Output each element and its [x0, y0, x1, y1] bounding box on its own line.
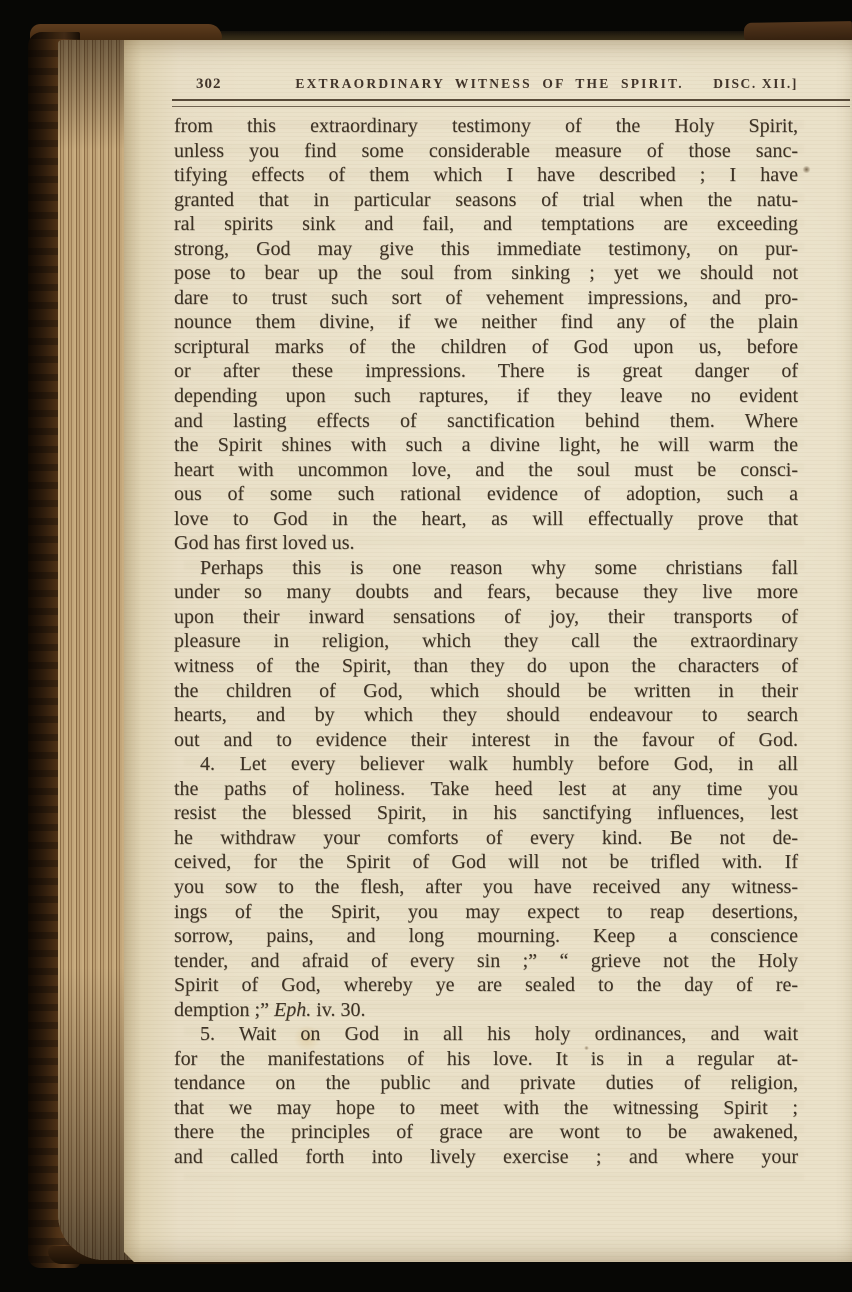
text-line: dare to trust such sort of vehement impr…	[174, 286, 798, 311]
scripture-citation: Eph.	[274, 999, 311, 1021]
text-segment: demption ;”	[174, 999, 274, 1021]
text-segment: Perhaps this is one reason why some chri…	[200, 557, 798, 579]
text-segment: and called forth into lively exercise ; …	[174, 1146, 798, 1168]
text-line: under so many doubts and fears, because …	[174, 580, 798, 605]
text-line: you sow to the flesh, after you have rec…	[174, 875, 798, 900]
text-line: ings of the Spirit, you may expect to re…	[174, 900, 798, 925]
text-segment: for the manifestations of his love. It i…	[174, 1048, 798, 1070]
text-segment: hearts, and by which they should endeavo…	[174, 704, 798, 726]
text-segment: sorrow, pains, and long mourning. Keep a…	[174, 925, 798, 947]
text-segment: under so many doubts and fears, because …	[174, 581, 798, 603]
text-line: ceived, for the Spirit of God will not b…	[174, 850, 798, 875]
text-segment: God has first loved us.	[174, 532, 355, 554]
text-line: tendance on the public and private dutie…	[174, 1071, 798, 1096]
text-line: from this extraordinary testimony of the…	[174, 114, 798, 139]
text-line: Spirit of God, whereby ye are sealed to …	[174, 973, 798, 998]
text-segment: tifying effects of them which I have des…	[174, 164, 798, 186]
text-segment: nounce them divine, if we neither find a…	[174, 311, 798, 333]
text-line: the children of God, which should be wri…	[174, 679, 798, 704]
text-line: resist the blessed Spirit, in his sancti…	[174, 801, 798, 826]
text-segment: depending upon such raptures, if they le…	[174, 385, 798, 407]
text-line: strong, God may give this immediate test…	[174, 237, 798, 262]
text-line: and lasting effects of sanctification be…	[174, 409, 798, 434]
text-line: tender, and afraid of every sin ;” “ gri…	[174, 949, 798, 974]
header-rule	[172, 99, 850, 107]
text-segment: resist the blessed Spirit, in his sancti…	[174, 802, 798, 824]
text-segment: that we may hope to meet with the witnes…	[174, 1097, 798, 1119]
section-label: DISC. XII.]	[713, 76, 798, 92]
text-line: nounce them divine, if we neither find a…	[174, 310, 798, 335]
page-number: 302	[174, 76, 266, 93]
text-line: ous of some such rational evidence of ad…	[174, 482, 798, 507]
text-line: 4. Let every believer walk humbly before…	[174, 752, 798, 777]
text-segment: granted that in particular seasons of tr…	[174, 189, 798, 211]
text-line: scriptural marks of the children of God …	[174, 335, 798, 360]
book-photo: 302 EXTRAORDINARY WITNESS OF THE SPIRIT.…	[0, 0, 852, 1292]
text-line: sorrow, pains, and long mourning. Keep a…	[174, 924, 798, 949]
text-line: the Spirit shines with such a divine lig…	[174, 433, 798, 458]
text-segment: heart with uncommon love, and the soul m…	[174, 459, 798, 481]
text-segment: pose to bear up the soul from sinking ; …	[174, 262, 798, 284]
text-segment: scriptural marks of the children of God …	[174, 336, 798, 358]
page-header: 302 EXTRAORDINARY WITNESS OF THE SPIRIT.…	[174, 76, 798, 93]
text-segment: there the principles of grace are wont t…	[174, 1121, 798, 1143]
text-line: love to God in the heart, as will effect…	[174, 507, 798, 532]
text-segment: 5. Wait on God in all his holy ordinance…	[200, 1023, 798, 1045]
text-line: hearts, and by which they should endeavo…	[174, 703, 798, 728]
text-segment: upon their inward sensations of joy, the…	[174, 606, 798, 628]
text-segment: and lasting effects of sanctification be…	[174, 410, 798, 432]
text-line: pose to bear up the soul from sinking ; …	[174, 261, 798, 286]
text-segment: Spirit of God, whereby ye are sealed to …	[174, 974, 798, 996]
text-line: out and to evidence their interest in th…	[174, 728, 798, 753]
text-line: Perhaps this is one reason why some chri…	[174, 556, 798, 581]
text-segment: tendance on the public and private dutie…	[174, 1072, 798, 1094]
running-title: EXTRAORDINARY WITNESS OF THE SPIRIT.	[266, 76, 713, 92]
text-line: 5. Wait on God in all his holy ordinance…	[174, 1022, 798, 1047]
text-line: that we may hope to meet with the witnes…	[174, 1096, 798, 1121]
text-line: there the principles of grace are wont t…	[174, 1120, 798, 1145]
text-block: from this extraordinary testimony of the…	[174, 114, 798, 1170]
text-segment: the Spirit shines with such a divine lig…	[174, 434, 798, 456]
text-line: tifying effects of them which I have des…	[174, 163, 798, 188]
text-segment: love to God in the heart, as will effect…	[174, 508, 798, 530]
text-line: witness of the Spirit, than they do upon…	[174, 654, 798, 679]
book-page: 302 EXTRAORDINARY WITNESS OF THE SPIRIT.…	[124, 40, 852, 1262]
text-line: the paths of holiness. Take heed lest at…	[174, 777, 798, 802]
text-segment: the children of God, which should be wri…	[174, 680, 798, 702]
text-segment: iv. 30.	[311, 999, 365, 1021]
text-line: depending upon such raptures, if they le…	[174, 384, 798, 409]
text-segment: the paths of holiness. Take heed lest at…	[174, 778, 798, 800]
text-segment: from this extraordinary testimony of the…	[174, 115, 798, 137]
text-segment: you sow to the flesh, after you have rec…	[174, 876, 798, 898]
text-segment: out and to evidence their interest in th…	[174, 729, 798, 751]
text-line: ral spirits sink and fail, and temptatio…	[174, 212, 798, 237]
text-segment: he withdraw your comforts of every kind.…	[174, 827, 798, 849]
text-line: unless you find some considerable measur…	[174, 139, 798, 164]
text-segment: tender, and afraid of every sin ;” “ gri…	[174, 950, 798, 972]
text-line: upon their inward sensations of joy, the…	[174, 605, 798, 630]
text-segment: dare to trust such sort of vehement impr…	[174, 287, 798, 309]
text-line: he withdraw your comforts of every kind.…	[174, 826, 798, 851]
text-segment: pleasure in religion, which they call th…	[174, 630, 798, 652]
text-segment: ings of the Spirit, you may expect to re…	[174, 901, 798, 923]
text-segment: or after these impressions. There is gre…	[174, 360, 798, 382]
text-line: God has first loved us.	[174, 531, 798, 556]
text-segment: ous of some such rational evidence of ad…	[174, 483, 798, 505]
text-line: pleasure in religion, which they call th…	[174, 629, 798, 654]
text-segment: ral spirits sink and fail, and temptatio…	[174, 213, 798, 235]
text-line: demption ;” Eph. iv. 30.	[174, 998, 798, 1023]
text-line: granted that in particular seasons of tr…	[174, 188, 798, 213]
text-line: and called forth into lively exercise ; …	[174, 1145, 798, 1170]
text-segment: 4. Let every believer walk humbly before…	[200, 753, 798, 775]
text-segment: unless you find some considerable measur…	[174, 140, 798, 162]
text-segment: witness of the Spirit, than they do upon…	[174, 655, 798, 677]
text-line: or after these impressions. There is gre…	[174, 359, 798, 384]
text-segment: ceived, for the Spirit of God will not b…	[174, 851, 798, 873]
text-line: for the manifestations of his love. It i…	[174, 1047, 798, 1072]
text-segment: strong, God may give this immediate test…	[174, 238, 798, 260]
text-line: heart with uncommon love, and the soul m…	[174, 458, 798, 483]
page-stain	[802, 166, 811, 173]
